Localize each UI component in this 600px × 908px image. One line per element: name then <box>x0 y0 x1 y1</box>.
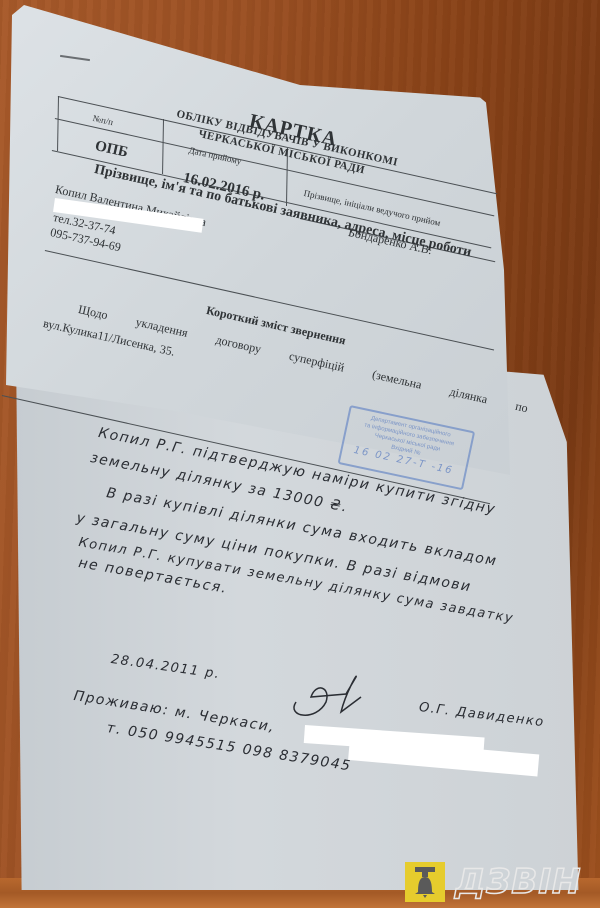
dzvin-watermark: ДЗВІН <box>405 862 581 902</box>
bell-icon <box>405 862 445 902</box>
card-table-line <box>57 96 59 151</box>
number-value: ОПБ <box>93 138 129 162</box>
signature-mark <box>286 672 366 722</box>
card-table-line <box>162 119 164 174</box>
date-column-label: Дата прийому <box>188 145 243 166</box>
staple-mark <box>60 55 90 61</box>
number-column-label: №п/п <box>92 113 114 127</box>
brand-name: ДЗВІН <box>455 862 581 902</box>
